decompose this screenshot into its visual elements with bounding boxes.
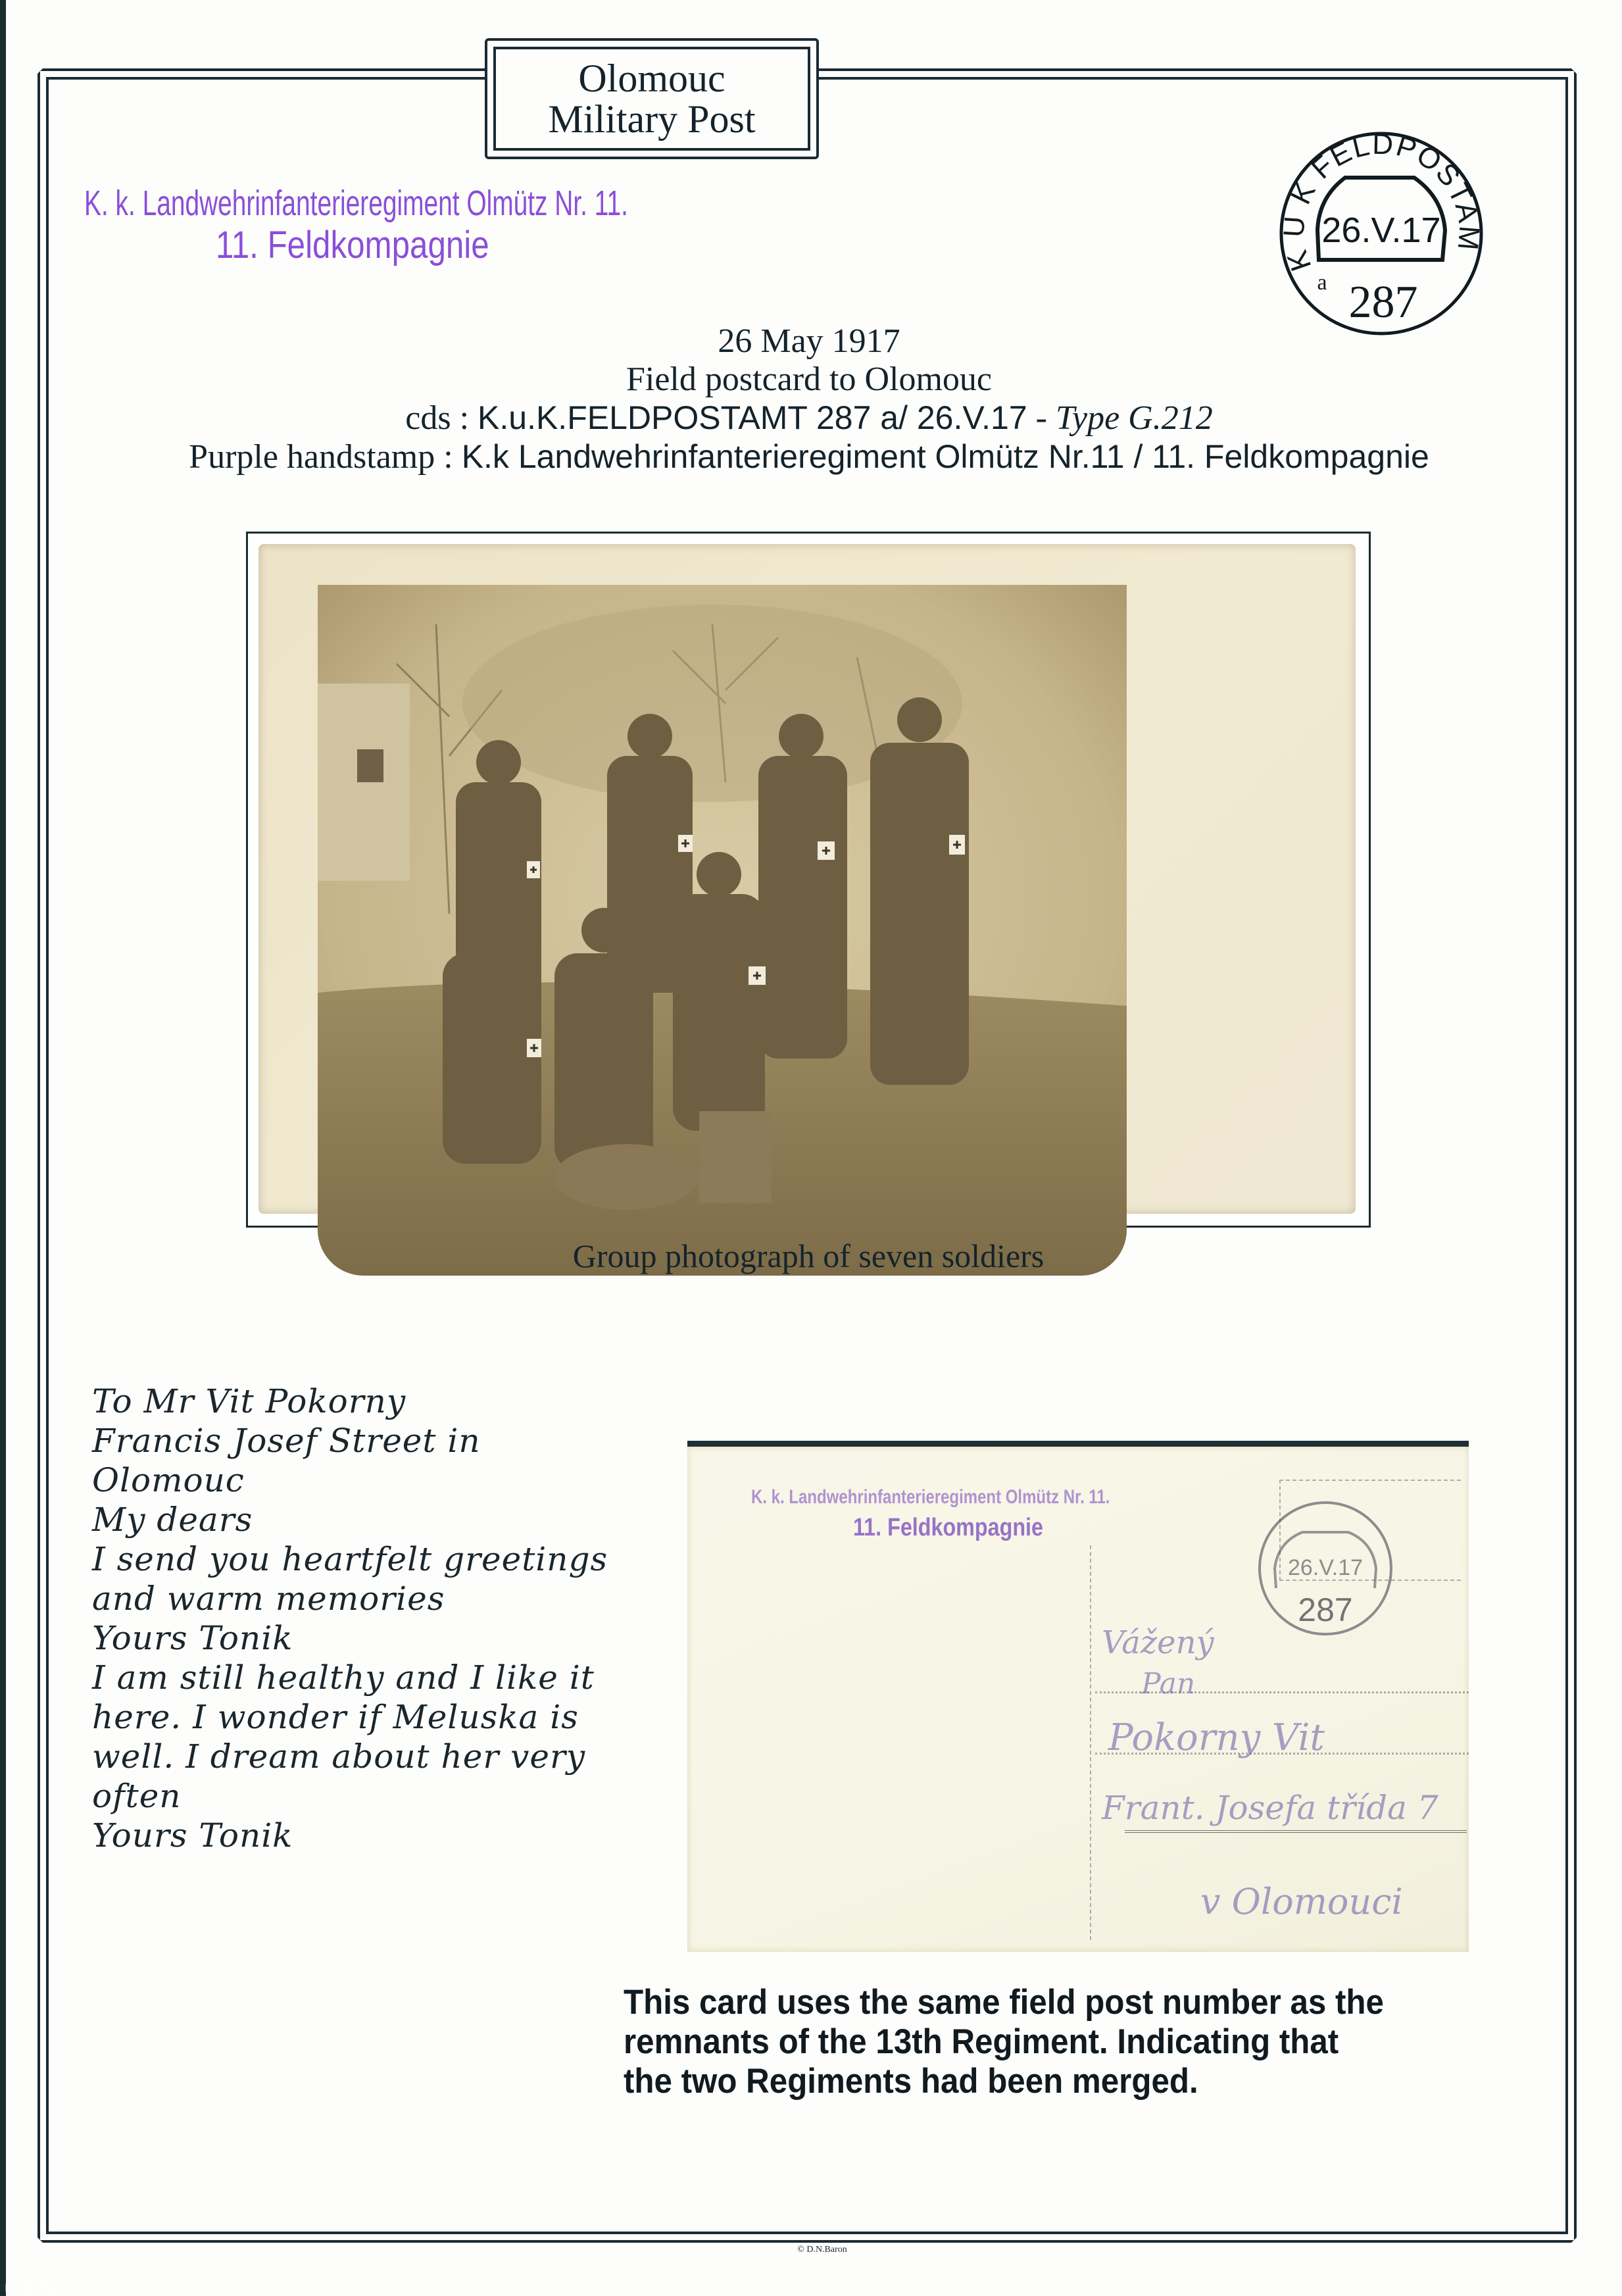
description-handstamp: Purple handstamp : K.k Landwehrinfanteri…: [66, 437, 1552, 476]
postcard-divider: [1090, 1545, 1091, 1940]
postcard-back: K. k. Landwehrinfanterieregiment Olmütz …: [687, 1441, 1469, 1952]
postcard-postmark-number: 287: [1298, 1591, 1352, 1628]
postmark-number: 287: [1349, 277, 1418, 328]
message-transcription: To Mr Vit PokornyFrancis Josef Street in…: [92, 1382, 684, 1855]
page-title: Olomouc: [578, 58, 725, 99]
address-handwriting-4: Frant. Josefa třída 7: [1102, 1789, 1438, 1827]
soldiers-photograph: [318, 585, 1127, 1276]
postcard-handstamp: K. k. Landwehrinfanterieregiment Olmütz …: [751, 1486, 1200, 1542]
transcription-line: Olomouc: [92, 1460, 684, 1500]
transcription-line: I send you heartfelt greetings: [92, 1539, 684, 1579]
postcard-postmark-icon: 26.V.17 287: [1253, 1496, 1398, 1641]
transcription-line: here. I wonder if Meluska is: [92, 1697, 684, 1737]
transcription-line: and warm memories: [92, 1579, 684, 1618]
description-cds: cds : K.u.K.FELDPOSTAMT 287 a/ 26.V.17 -…: [66, 399, 1552, 437]
postmark-icon: K U K FELDPOSTAMT 26.V.17 a 287: [1273, 125, 1490, 342]
transcription-line: Francis Josef Street in: [92, 1421, 684, 1460]
handstamp-line-2: 11. Feldkompagnie: [216, 224, 607, 267]
photo-illustration: [318, 585, 1127, 1276]
copyright: © D.N.Baron: [658, 2245, 987, 2255]
svg-text:K U K FELDPOSTAMT: K U K FELDPOSTAMT: [1273, 125, 1485, 275]
postcard-postmark-date: 26.V.17: [1288, 1555, 1363, 1580]
postmark-replica: K U K FELDPOSTAMT 26.V.17 a 287: [1273, 125, 1490, 342]
transcription-line: well. I dream about her very: [92, 1737, 684, 1776]
address-handwriting-5: v Olomouci: [1200, 1881, 1403, 1922]
note-line: This card uses the same field post numbe…: [624, 1983, 1492, 2022]
handstamp-line-1: K. k. Landwehrinfanterieregiment Olmütz …: [84, 183, 510, 224]
watermark: Derek Baron: [5, 2282, 70, 2294]
photo-caption: Group photograph of seven soldiers: [246, 1237, 1371, 1275]
description-block: 26 May 1917 Field postcard to Olomouc cd…: [66, 322, 1552, 476]
title-box: Olomouc Military Post: [485, 38, 819, 159]
address-line: [1125, 1830, 1467, 1833]
note-line: the two Regiments had been merged.: [624, 2062, 1492, 2101]
transcription-line: To Mr Vit Pokorny: [92, 1382, 684, 1421]
exhibit-note: This card uses the same field post numbe…: [624, 1983, 1558, 2101]
postmark-letter: a: [1317, 270, 1327, 295]
transcription-line: Yours Tonik: [92, 1816, 684, 1855]
photo-mount: [246, 532, 1371, 1228]
postmark-date: 26.V.17: [1321, 211, 1440, 250]
transcription-line: Yours Tonik: [92, 1618, 684, 1658]
transcription-line: I am still healthy and I like it: [92, 1658, 684, 1697]
address-handwriting-2: Pan: [1141, 1667, 1195, 1701]
transcription-line: often: [92, 1776, 684, 1816]
cds-label: cds :: [405, 399, 478, 437]
address-handwriting-1: Vážený: [1102, 1624, 1214, 1661]
address-handwriting-3: Pokorny Vit: [1108, 1716, 1325, 1759]
description-date: 26 May 1917: [66, 322, 1552, 361]
postcard-front: [258, 544, 1356, 1214]
postmark-arc-text: K U K FELDPOSTAMT: [1273, 125, 1485, 275]
handstamp-value: K.k Landwehrinfanterieregiment Olmütz Nr…: [462, 438, 1429, 475]
handstamp-label: Purple handstamp :: [189, 438, 462, 476]
note-line: remnants of the 13th Regiment. Indicatin…: [624, 2022, 1492, 2062]
description-subject: Field postcard to Olomouc: [66, 361, 1552, 399]
postcard-handstamp-line-1: K. k. Landwehrinfanterieregiment Olmütz …: [751, 1486, 1110, 1509]
page-subtitle: Military Post: [548, 99, 755, 139]
transcription-line: My dears: [92, 1500, 684, 1539]
handstamp-replica: K. k. Landwehrinfanterieregiment Olmütz …: [84, 183, 676, 267]
cds-value: K.u.K.FELDPOSTAMT 287 a/ 26.V.17: [478, 399, 1027, 436]
cds-type: - Type G.212: [1027, 399, 1213, 437]
postcard-handstamp-line-2: 11. Feldkompagnie: [853, 1514, 1148, 1542]
scan-edge-strip: [0, 0, 6, 2296]
